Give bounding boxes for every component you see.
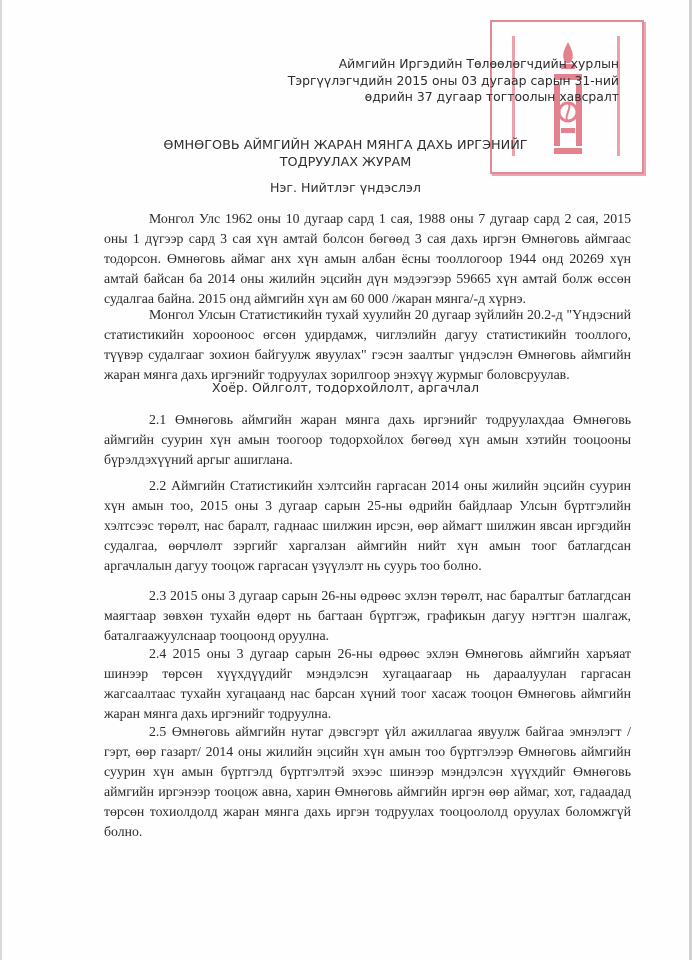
title-line: ТОДРУУЛАХ ЖУРАМ bbox=[2, 154, 689, 171]
appendix-note: Аймгийн Иргэдийн Төлөөлөгчдийн хурлын Тэ… bbox=[288, 56, 619, 106]
paragraph: 2.3 2015 оны 3 дугаар сарын 26-ны өдрөөс… bbox=[104, 586, 631, 646]
paragraph: 2.4 2015 оны 3 дугаар сарын 26-ны өдрөөс… bbox=[104, 644, 631, 724]
section-heading-1: Нэг. Нийтлэг үндэслэл bbox=[2, 180, 689, 195]
paragraph: 2.1 Өмнөговь аймгийн жаран мянга дахь ир… bbox=[104, 410, 631, 470]
paragraph: Монгол Улсын Статистикийн тухай хуулийн … bbox=[104, 305, 631, 385]
document-title: ӨМНӨГОВЬ АЙМГИЙН ЖАРАН МЯНГА ДАХЬ ИРГЭНИ… bbox=[2, 137, 689, 171]
paragraph: 2.5 Өмнөговь аймгийн нутаг дэвсгэрт үйл … bbox=[104, 722, 631, 842]
document-page: Аймгийн Иргэдийн Төлөөлөгчдийн хурлын Тэ… bbox=[0, 0, 692, 960]
paragraph: 2.2 Аймгийн Статистикийн хэлтсийн гаргас… bbox=[104, 476, 631, 576]
appendix-line: Аймгийн Иргэдийн Төлөөлөгчдийн хурлын bbox=[288, 56, 619, 73]
paragraph: Монгол Улс 1962 оны 10 дугаар сард 1 сая… bbox=[104, 209, 631, 309]
appendix-line: өдрийн 37 дугаар тогтоолын хавсралт bbox=[288, 89, 619, 106]
section-heading-2: Хоёр. Ойлголт, тодорхойлолт, аргачлал bbox=[2, 380, 689, 395]
title-line: ӨМНӨГОВЬ АЙМГИЙН ЖАРАН МЯНГА ДАХЬ ИРГЭНИ… bbox=[2, 137, 689, 154]
appendix-line: Тэргүүлэгчдийн 2015 оны 03 дугаар сарын … bbox=[288, 73, 619, 90]
